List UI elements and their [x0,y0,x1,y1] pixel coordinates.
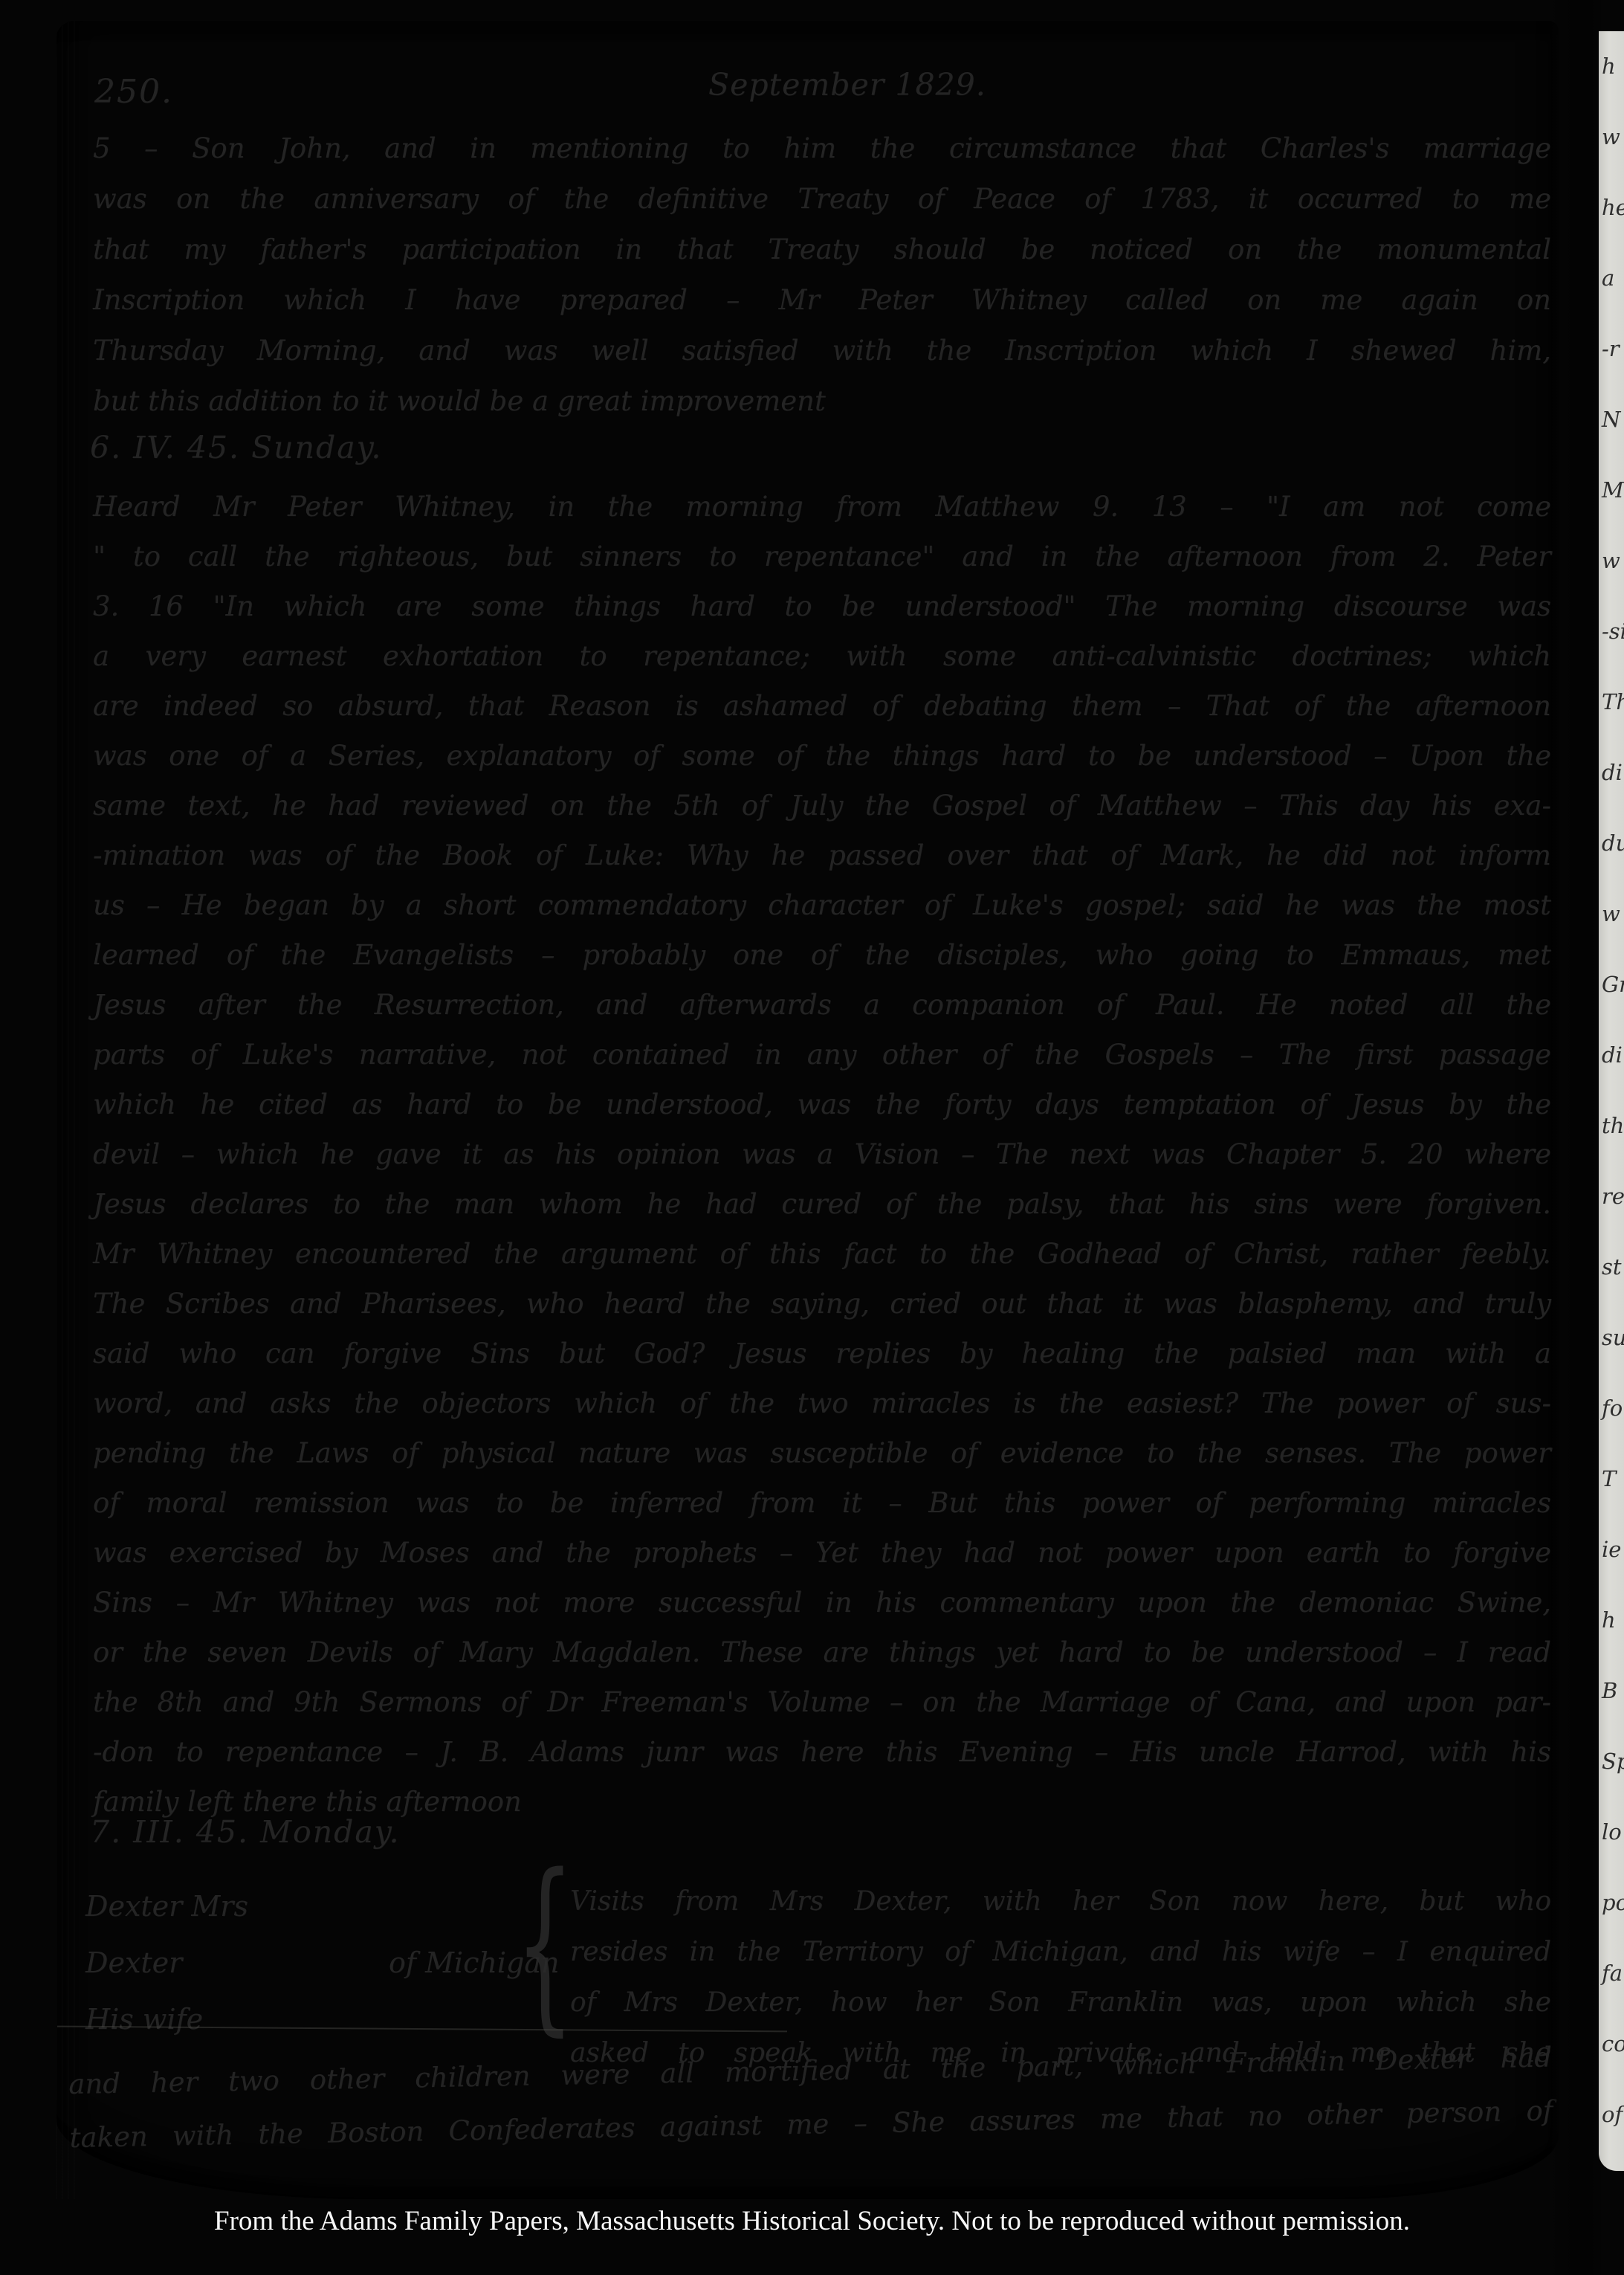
page-fragment: w [1599,879,1624,949]
date-header: September 1829. [708,67,986,103]
page-fragment: re [1599,1161,1624,1232]
entry-heading-sunday: 6. IV. 45. Sunday. [90,430,382,465]
page-fragment: h [1599,1585,1624,1656]
page-fragment: w [1599,102,1624,172]
manuscript-line: but this addition to it would be a great… [93,376,1551,427]
page-fragment: he [1599,172,1624,243]
margin-notes: Dexter MrsDexterHis wife [85,1878,398,2047]
page-fragment: di [1599,738,1624,808]
manuscript-line: the 8th and 9th Sermons of Dr Freeman's … [93,1677,1551,1727]
entry-sep6-lines: Heard Mr Peter Whitney, in the morning f… [93,482,1551,1827]
manuscript-line: which he cited as hard to be understood,… [93,1080,1551,1129]
page-fragment: lo [1599,1797,1624,1868]
facing-page-strip: hwhea-rNMw-siThdiduwGrdithrestsufoTiehBS… [1599,31,1624,2171]
page-fragment: -r [1599,314,1624,384]
page-fragment: Sp [1599,1726,1624,1797]
manuscript-page: 250. September 1829. 5 – Son John, and i… [56,21,1559,2199]
page-fragment: of [1599,2079,1624,2150]
page-fragment: fo [1599,1373,1624,1444]
photo-background: 250. September 1829. 5 – Son John, and i… [0,0,1624,2275]
manuscript-line: " to call the righteous, but sinners to … [93,532,1551,581]
page-fragment: T [1599,1444,1624,1514]
entry-sep5-lines: 5 – Son John, and in mentioning to him t… [93,123,1551,427]
page-fragment: w [1599,526,1624,596]
manuscript-line: 3. 16 "In which are some things hard to … [93,581,1551,631]
manuscript-line: resides in the Territory of Michigan, an… [570,1927,1551,1978]
page-fragment: N [1599,384,1624,455]
page-fragment: po [1599,1868,1624,1938]
margin-note: Dexter Mrs [85,1878,398,1934]
manuscript-line: Heard Mr Peter Whitney, in the morning f… [93,482,1551,532]
entry-heading-monday: 7. III. 45. Monday. [90,1814,401,1850]
page-fragment: -si [1599,596,1624,667]
page-number: 250. [94,73,173,111]
page-fragment: Th [1599,667,1624,738]
manuscript-line: Mr Whitney encountered the argument of t… [93,1229,1551,1279]
manuscript-line: or the seven Devils of Mary Magdalen. Th… [93,1627,1551,1677]
manuscript-line: same text, he had reviewed on the 5th of… [93,781,1551,830]
manuscript-line: Thursday Morning, and was well satisfied… [93,326,1551,376]
margin-note: Dexter [85,1934,398,1991]
page-fragment: M [1599,455,1624,526]
page-fragment: su [1599,1303,1624,1373]
page-fragment: du [1599,808,1624,879]
manuscript-line: -don to repentance – J. B. Adams junr wa… [93,1727,1551,1777]
manuscript-line: Inscription which I have prepared – Mr P… [93,275,1551,326]
manuscript-line: -mination was of the Book of Luke: Why h… [93,830,1551,880]
manuscript-line: said who can forgive Sins but God? Jesus… [93,1329,1551,1378]
manuscript-line: Jesus declares to the man whom he had cu… [93,1179,1551,1229]
page-fragment: di [1599,1020,1624,1091]
page-fragment: ie [1599,1514,1624,1585]
manuscript-line: word, and asks the objectors which of th… [93,1378,1551,1428]
manuscript-line: a very earnest exhortation to repentance… [93,631,1551,681]
manuscript-line: was exercised by Moses and the prophets … [93,1528,1551,1578]
manuscript-line: parts of Luke's narrative, not contained… [93,1030,1551,1080]
manuscript-line: 5 – Son John, and in mentioning to him t… [93,123,1551,174]
page-fragment: st [1599,1232,1624,1303]
manuscript-line: devil – which he gave it as his opinion … [93,1129,1551,1179]
manuscript-line: that my father's participation in that T… [93,225,1551,275]
manuscript-line: Jesus after the Resurrection, and afterw… [93,980,1551,1030]
page-fragment: fa [1599,1938,1624,2009]
page-edge-lines [56,21,78,2199]
page-fragment: co [1599,2009,1624,2079]
page-fragment: h [1599,31,1624,102]
margin-brace: { [515,1851,575,2037]
manuscript-line: pending the Laws of physical nature was … [93,1428,1551,1478]
margin-note: His wife [85,1991,398,2047]
page-fragment: B [1599,1656,1624,1726]
manuscript-line: of Mrs Dexter, how her Son Franklin was,… [570,1978,1551,2028]
page-fragment: Gr [1599,949,1624,1020]
manuscript-line: Sins – Mr Whitney was not more successfu… [93,1578,1551,1627]
manuscript-line: of moral remission was to be inferred fr… [93,1478,1551,1528]
page-fragment: th [1599,1091,1624,1161]
manuscript-line: learned of the Evangelists – probably on… [93,930,1551,980]
page-fragment: a [1599,243,1624,314]
entry-sep7-full-lines: and her two other children were all mort… [68,2030,1553,2165]
manuscript-line: The Scribes and Pharisees, who heard the… [93,1279,1551,1329]
credit-caption: From the Adams Family Papers, Massachuse… [0,2205,1624,2237]
manuscript-line: was one of a Series, explanatory of some… [93,731,1551,781]
manuscript-line: us – He began by a short commendatory ch… [93,880,1551,930]
manuscript-line: are indeed so absurd, that Reason is ash… [93,681,1551,731]
binding-gutter [1550,0,1601,2275]
manuscript-line: was on the anniversary of the definitive… [93,174,1551,225]
manuscript-line: Visits from Mrs Dexter, with her Son now… [570,1877,1551,1927]
